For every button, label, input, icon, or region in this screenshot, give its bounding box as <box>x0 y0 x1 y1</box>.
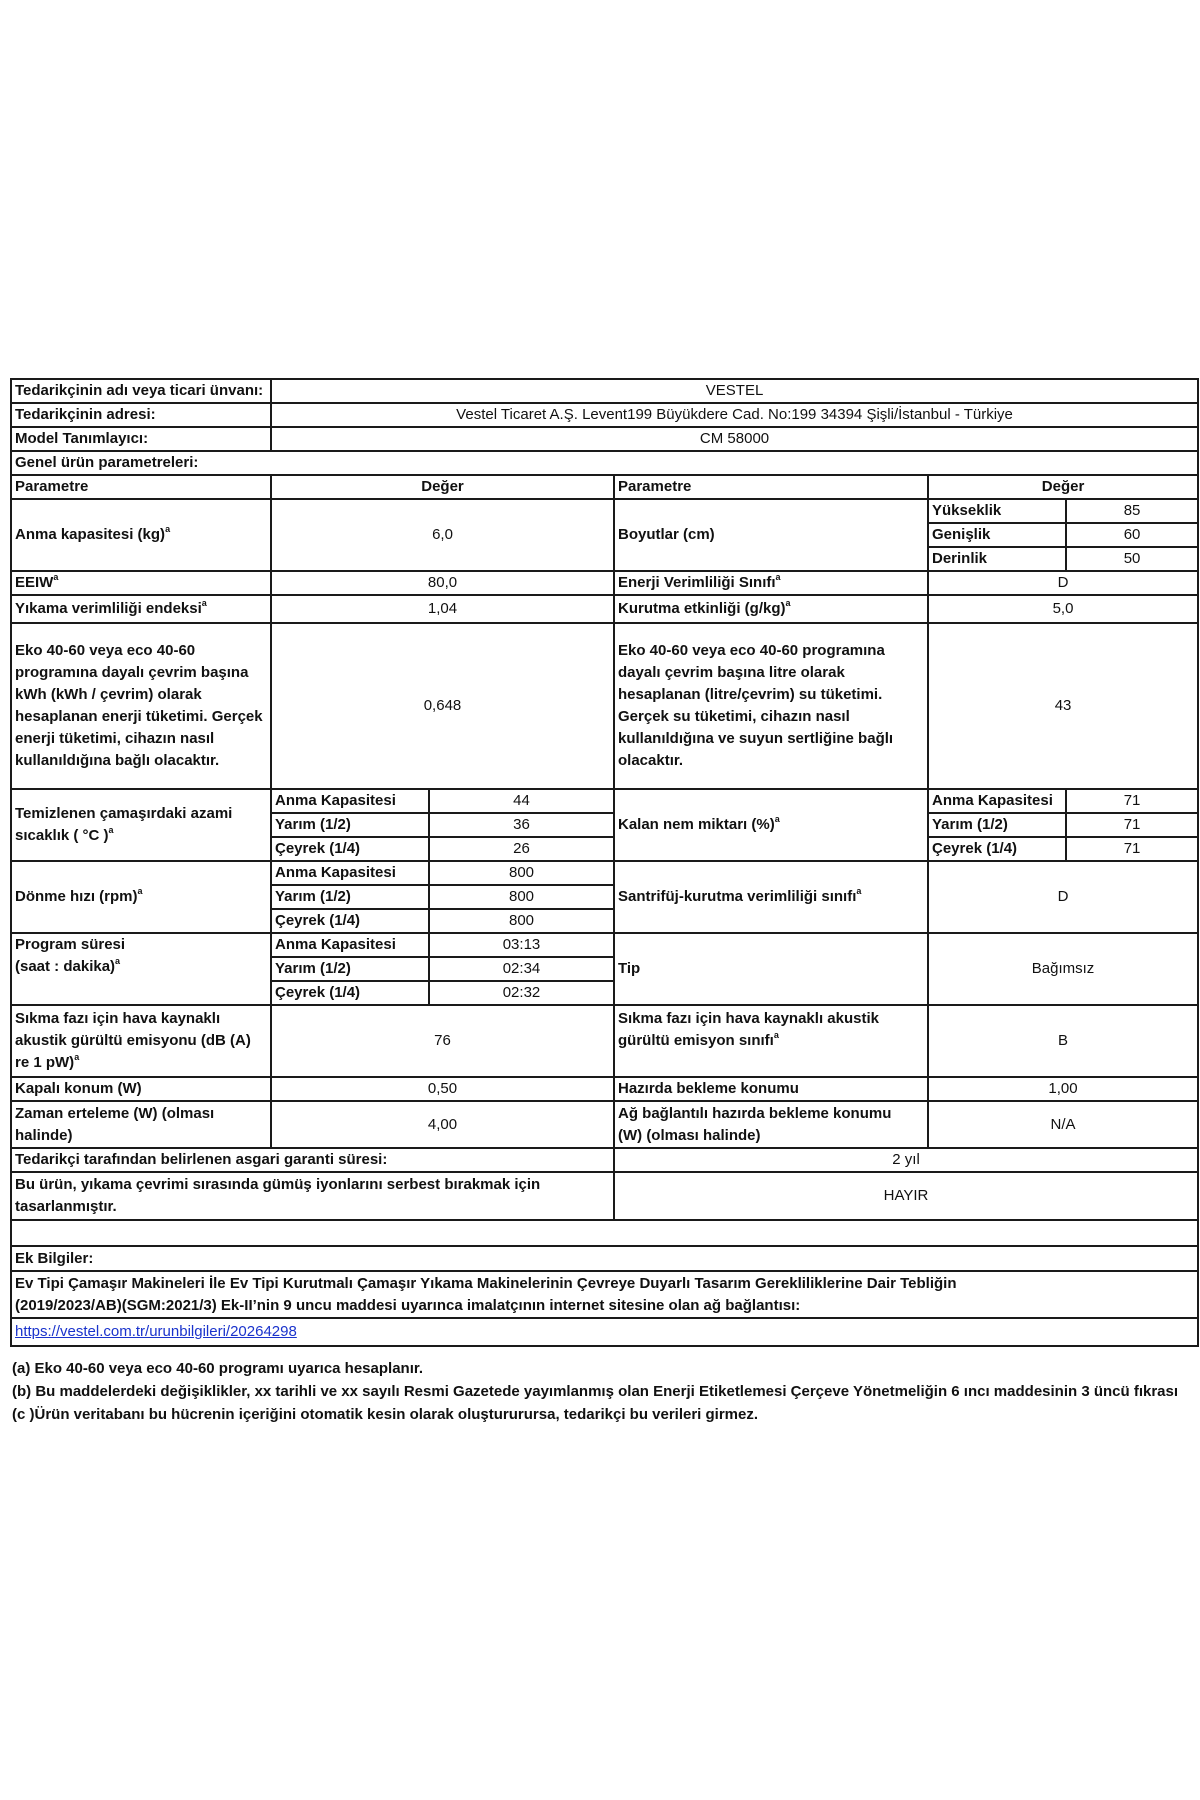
duration-quarter-label: Çeyrek (1/4) <box>271 981 429 1005</box>
noise-value: 76 <box>271 1005 614 1077</box>
spin-half-value: 800 <box>429 885 614 909</box>
moisture-rated-value: 71 <box>1066 789 1198 813</box>
col-param-right: Parametre <box>614 475 928 499</box>
noise-class-value: B <box>928 1005 1198 1077</box>
noise-row: Sıkma fazı için hava kaynaklıakustik gür… <box>11 1005 1198 1077</box>
product-info-link[interactable]: https://vestel.com.tr/urunbilgileri/2026… <box>15 1323 297 1340</box>
address-row: Tedarikçinin adresi: Vestel Ticaret A.Ş.… <box>11 403 1198 427</box>
energy-class-value: D <box>928 571 1198 595</box>
energy-consumption-label: Eko 40-60 veya eco 40-60 programına daya… <box>11 623 271 789</box>
capacity-dimensions-row: Anma kapasitesi (kg)a 6,0 Boyutlar (cm) … <box>11 499 1198 523</box>
silver-ions-value: HAYIR <box>614 1172 1198 1220</box>
width-label: Genişlik <box>928 523 1066 547</box>
rinsing-label: Kurutma etkinliği (g/kg)a <box>614 595 928 623</box>
temp-half-label: Yarım (1/2) <box>271 813 429 837</box>
temp-rated-value: 44 <box>429 789 614 813</box>
height-value: 85 <box>1066 499 1198 523</box>
consumption-row: Eko 40-60 veya eco 40-60 programına daya… <box>11 623 1198 789</box>
energy-class-label: Enerji Verimliliği Sınıfıa <box>614 571 928 595</box>
depth-label: Derinlik <box>928 547 1066 571</box>
delay-start-value: 4,00 <box>271 1101 614 1148</box>
noise-label: Sıkma fazı için hava kaynaklıakustik gür… <box>11 1005 271 1077</box>
noise-class-label: Sıkma fazı için hava kaynaklı akustikgür… <box>614 1005 928 1077</box>
product-information-sheet: Tedarikçinin adı veya ticari ünvanı: VES… <box>10 378 1197 1347</box>
footnote-b: (b) Bu maddelerdeki değişiklikler, xx ta… <box>12 1380 1178 1403</box>
washing-index-row: Yıkama verimliliği endeksia 1,04 Kurutma… <box>11 595 1198 623</box>
rated-capacity-label: Anma kapasitesi (kg)a <box>11 499 271 571</box>
spin-speed-label: Dönme hızı (rpm)a <box>11 861 271 933</box>
warranty-label: Tedarikçi tarafından belirlenen asgari g… <box>11 1148 614 1172</box>
delay-network-row: Zaman erteleme (W) (olmasıhalinde) 4,00 … <box>11 1101 1198 1148</box>
temperature-moisture-row: Temizlenen çamaşırdaki azamisıcaklık ( °… <box>11 789 1198 813</box>
spin-rated-value: 800 <box>429 861 614 885</box>
model-row: Model Tanımlayıcı: CM 58000 <box>11 427 1198 451</box>
regulation-text: Ev Tipi Çamaşır Makineleri İle Ev Tipi K… <box>11 1271 1198 1318</box>
additional-info-row: Ek Bilgiler: <box>11 1246 1198 1271</box>
duration-rated-value: 03:13 <box>429 933 614 957</box>
warranty-row: Tedarikçi tarafından belirlenen asgari g… <box>11 1148 1198 1172</box>
rinsing-value: 5,0 <box>928 595 1198 623</box>
spin-quarter-label: Çeyrek (1/4) <box>271 909 429 933</box>
address-value: Vestel Ticaret A.Ş. Levent199 Büyükdere … <box>271 403 1198 427</box>
spin-rated-label: Anma Kapasitesi <box>271 861 429 885</box>
spin-class-label: Santrifüj-kurutma verimliliği sınıfıa <box>614 861 928 933</box>
duration-half-value: 02:34 <box>429 957 614 981</box>
duration-quarter-value: 02:32 <box>429 981 614 1005</box>
standby-value: 1,00 <box>928 1077 1198 1101</box>
temp-half-value: 36 <box>429 813 614 837</box>
supplier-value: VESTEL <box>271 379 1198 403</box>
eeiw-value: 80,0 <box>271 571 614 595</box>
duration-rated-label: Anma Kapasitesi <box>271 933 429 957</box>
warranty-value: 2 yıl <box>614 1148 1198 1172</box>
max-temperature-label: Temizlenen çamaşırdaki azamisıcaklık ( °… <box>11 789 271 861</box>
address-label: Tedarikçinin adresi: <box>11 403 271 427</box>
col-param-left: Parametre <box>11 475 271 499</box>
moisture-half-value: 71 <box>1066 813 1198 837</box>
column-header-row: Parametre Değer Parametre Değer <box>11 475 1198 499</box>
eeiw-label: EEIWa <box>11 571 271 595</box>
energy-consumption-value: 0,648 <box>271 623 614 789</box>
delay-start-label: Zaman erteleme (W) (olmasıhalinde) <box>11 1101 271 1148</box>
spin-row: Dönme hızı (rpm)a Anma Kapasitesi 800 Sa… <box>11 861 1198 885</box>
spin-class-value: D <box>928 861 1198 933</box>
type-label: Tip <box>614 933 928 1005</box>
washing-index-value: 1,04 <box>271 595 614 623</box>
eeiw-row: EEIWa 80,0 Enerji Verimliliği Sınıfıa D <box>11 571 1198 595</box>
duration-half-label: Yarım (1/2) <box>271 957 429 981</box>
supplier-row: Tedarikçinin adı veya ticari ünvanı: VES… <box>11 379 1198 403</box>
remaining-moisture-label: Kalan nem miktarı (%)a <box>614 789 928 861</box>
off-mode-label: Kapalı konum (W) <box>11 1077 271 1101</box>
general-row: Genel ürün parametreleri: <box>11 451 1198 475</box>
spec-table: Tedarikçinin adı veya ticari ünvanı: VES… <box>10 378 1199 1347</box>
temp-rated-label: Anma Kapasitesi <box>271 789 429 813</box>
moisture-rated-label: Anma Kapasitesi <box>928 789 1066 813</box>
washing-index-label: Yıkama verimliliği endeksia <box>11 595 271 623</box>
networked-standby-label: Ağ bağlantılı hazırda bekleme konumu(W) … <box>614 1101 928 1148</box>
model-label: Model Tanımlayıcı: <box>11 427 271 451</box>
additional-info-label: Ek Bilgiler: <box>11 1246 1198 1271</box>
moisture-half-label: Yarım (1/2) <box>928 813 1066 837</box>
link-cell: https://vestel.com.tr/urunbilgileri/2026… <box>11 1318 1198 1346</box>
general-label: Genel ürün parametreleri: <box>11 451 1198 475</box>
regulation-row: Ev Tipi Çamaşır Makineleri İle Ev Tipi K… <box>11 1271 1198 1318</box>
spin-half-label: Yarım (1/2) <box>271 885 429 909</box>
footnote-c: (c )Ürün veritabanı bu hücrenin içeriğin… <box>12 1403 1178 1426</box>
type-value: Bağımsız <box>928 933 1198 1005</box>
spin-quarter-value: 800 <box>429 909 614 933</box>
footnote-a: (a) Eko 40-60 veya eco 40-60 programı uy… <box>12 1357 1178 1380</box>
supplier-label: Tedarikçinin adı veya ticari ünvanı: <box>11 379 271 403</box>
temp-quarter-value: 26 <box>429 837 614 861</box>
duration-row: Program süresi(saat : dakika)a Anma Kapa… <box>11 933 1198 957</box>
height-label: Yükseklik <box>928 499 1066 523</box>
empty-cell <box>11 1220 1198 1246</box>
water-consumption-label: Eko 40-60 veya eco 40-60 programına daya… <box>614 623 928 789</box>
rated-capacity-value: 6,0 <box>271 499 614 571</box>
col-value-right: Değer <box>928 475 1198 499</box>
silver-ions-label: Bu ürün, yıkama çevrimi sırasında gümüş … <box>11 1172 614 1220</box>
off-standby-row: Kapalı konum (W) 0,50 Hazırda bekleme ko… <box>11 1077 1198 1101</box>
footnotes: (a) Eko 40-60 veya eco 40-60 programı uy… <box>12 1357 1178 1426</box>
moisture-quarter-label: Çeyrek (1/4) <box>928 837 1066 861</box>
width-value: 60 <box>1066 523 1198 547</box>
empty-row <box>11 1220 1198 1246</box>
program-duration-label: Program süresi(saat : dakika)a <box>11 933 271 1005</box>
depth-value: 50 <box>1066 547 1198 571</box>
model-value: CM 58000 <box>271 427 1198 451</box>
silver-ions-row: Bu ürün, yıkama çevrimi sırasında gümüş … <box>11 1172 1198 1220</box>
dimensions-label: Boyutlar (cm) <box>614 499 928 571</box>
temp-quarter-label: Çeyrek (1/4) <box>271 837 429 861</box>
off-mode-value: 0,50 <box>271 1077 614 1101</box>
networked-standby-value: N/A <box>928 1101 1198 1148</box>
link-row: https://vestel.com.tr/urunbilgileri/2026… <box>11 1318 1198 1346</box>
water-consumption-value: 43 <box>928 623 1198 789</box>
standby-label: Hazırda bekleme konumu <box>614 1077 928 1101</box>
moisture-quarter-value: 71 <box>1066 837 1198 861</box>
col-value-left: Değer <box>271 475 614 499</box>
